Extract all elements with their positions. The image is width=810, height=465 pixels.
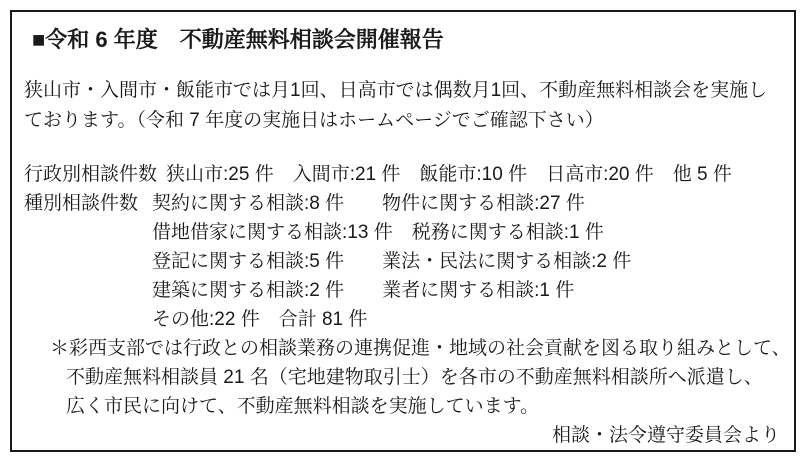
intro-paragraph: 狭山市・入間市・飯能市では月1回、日高市では偶数月1回、不動産無料相談会を実施し… xyxy=(24,76,784,136)
stats-by-type-line: 契約に関する相談:8 件 物件に関する相談:27 件 xyxy=(152,189,631,218)
note-line: 広く市民に向けて、不動産無料相談を実施しています。 xyxy=(66,392,784,421)
stats-by-type-row: 種別相談件数 契約に関する相談:8 件 物件に関する相談:27 件 借地借家に関… xyxy=(24,189,784,334)
stats-section: 行政別相談件数狭山市:25 件 入間市:21 件 飯能市:10 件 日高市:20… xyxy=(24,160,784,334)
note-line: ＊彩西支部では行政との相談業務の連携促進・地域の社会貢献を図る取り組みとして、 xyxy=(50,334,784,363)
stats-by-city-value: 狭山市:25 件 入間市:21 件 飯能市:10 件 日高市:20 件 他 5 … xyxy=(166,164,732,185)
stats-by-city-label: 行政別相談件数 xyxy=(24,164,157,185)
report-title: ■令和 6 年度 不動産無料相談会開催報告 xyxy=(32,26,784,54)
stats-by-type-lines: 契約に関する相談:8 件 物件に関する相談:27 件 借地借家に関する相談:13… xyxy=(152,189,631,334)
stats-by-type-line: 登記に関する相談:5 件 業法・民法に関する相談:2 件 xyxy=(152,247,631,276)
stats-by-type-line: 借地借家に関する相談:13 件 税務に関する相談:1 件 xyxy=(152,218,631,247)
note-section: ＊彩西支部では行政との相談業務の連携促進・地域の社会貢献を図る取り組みとして、 … xyxy=(50,334,784,421)
stats-by-type-label: 種別相談件数 xyxy=(24,189,138,218)
stats-by-type-line: 建築に関する相談:2 件 業者に関する相談:1 件 xyxy=(152,276,631,305)
report-box: ■令和 6 年度 不動産無料相談会開催報告 狭山市・入間市・飯能市では月1回、日… xyxy=(10,10,796,452)
stats-by-type-line: その他:22 件 合計 81 件 xyxy=(152,305,631,334)
note-line: 不動産無料相談員 21 名（宅地建物取引士）を各市の不動産無料相談所へ派遣し、 xyxy=(66,363,784,392)
stats-by-city-row: 行政別相談件数狭山市:25 件 入間市:21 件 飯能市:10 件 日高市:20… xyxy=(24,160,784,189)
signature: 相談・法令遵守委員会より xyxy=(24,421,780,450)
